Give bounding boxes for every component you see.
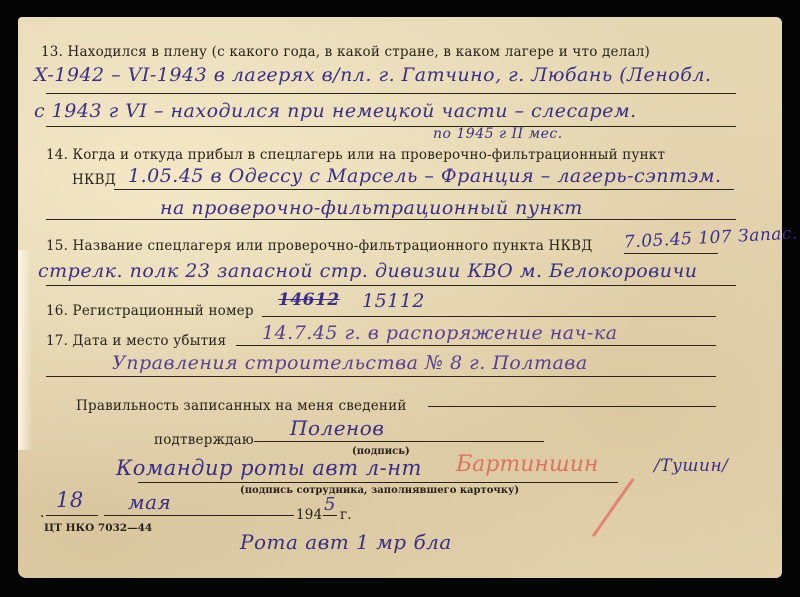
form-code: ЦТ НКО 7032—44: [44, 522, 152, 534]
field-14-value-line1: 1.05.45 в Одессу с Марсель – Франция – л…: [128, 165, 722, 187]
field-16-value: 15112: [362, 290, 425, 312]
field-16-underline: [262, 316, 716, 317]
field-14-value-line2: на проверочно-фильтрационный пункт: [160, 197, 583, 219]
signature-underline: [254, 441, 544, 442]
field-17-value-line2: Управления строительства № 8 г. Полтава: [112, 352, 588, 374]
field-15-label: 15. Название спецлагеря или проверочно-ф…: [46, 238, 592, 254]
date-year-unit: г.: [340, 507, 352, 523]
field-13-underline-1: [46, 93, 736, 94]
field-16-label: 16. Регистрационный номер: [46, 303, 254, 319]
officer-title: Командир роты авт л-нт: [116, 456, 422, 480]
paper-fold: [18, 250, 32, 450]
confirmation-underline: [428, 406, 716, 407]
confirmation-text: Правильность записанных на меня сведений: [76, 398, 407, 414]
field-15-value-line2: стрелк. полк 23 запасной стр. дивизии КВ…: [38, 260, 698, 282]
field-17-underline-2: [46, 376, 716, 377]
red-pencil-signature: Бартиншин: [456, 452, 598, 477]
date-month-underline: [104, 515, 294, 516]
person-signature: Поленов: [290, 416, 384, 440]
officer-underline: [138, 482, 618, 483]
field-17-label: 17. Дата и место убытия: [46, 333, 226, 349]
field-14-label: 14. Когда и откуда прибыл в спецлагерь и…: [46, 147, 665, 163]
field-13-value-line1: X-1942 – VI-1943 в лагерях в/пл. г. Гатч…: [34, 64, 711, 86]
date-year-underline: [323, 515, 337, 516]
field-16-struck-value: 14612: [278, 290, 340, 310]
field-15-underline-2: [46, 285, 736, 286]
officer-name: /Тушин/: [654, 456, 728, 476]
date-year-suffix: 5: [324, 494, 336, 515]
field-17-underline-1: [236, 345, 716, 346]
date-day-underline: [46, 515, 98, 516]
field-13-value-line2: с 1943 г VI – находился при немецкой час…: [34, 100, 637, 122]
officer-caption: (подпись сотрудника, заполнявшего карточ…: [240, 485, 519, 496]
field-14-underline-1: [114, 189, 734, 190]
date-dot: .: [40, 505, 45, 521]
field-13-label: 13. Находился в плену (с какого года, в …: [41, 44, 650, 60]
date-year-prefix: 194: [296, 507, 322, 523]
field-13-underline-2: [46, 126, 736, 127]
date-day: 18: [56, 488, 84, 512]
confirm-label: подтверждаю: [154, 432, 254, 448]
field-13-value-line3: по 1945 г II мес.: [433, 126, 563, 142]
field-17-value-line1: 14.7.45 г. в распоряжение нач-ка: [262, 322, 618, 344]
footer-note: Рота авт 1 мр бла: [240, 530, 452, 554]
field-14-prefix: НКВД: [72, 172, 116, 188]
field-15-underline-1: [624, 253, 718, 254]
date-month: мая: [128, 490, 171, 514]
field-14-underline-2: [46, 219, 736, 220]
